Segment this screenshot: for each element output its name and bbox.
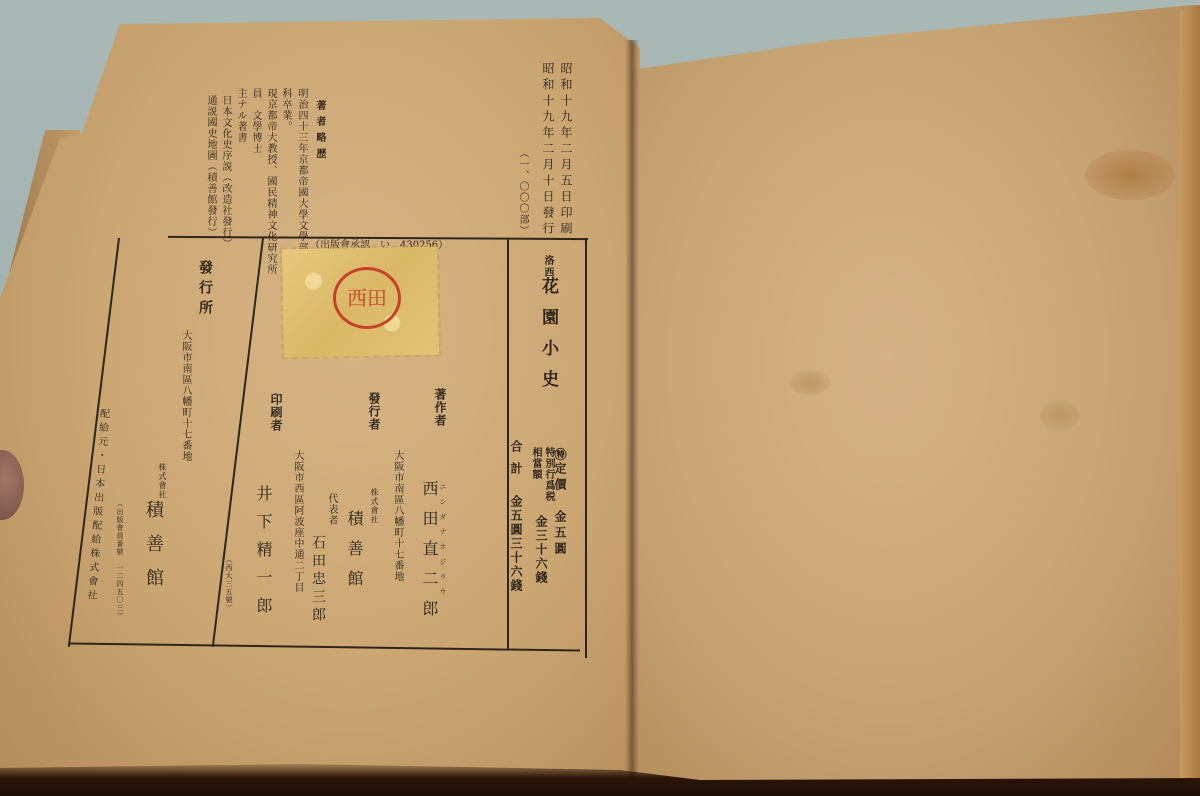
publishing-house-company-type: 株式會社 xyxy=(148,463,168,499)
publishing-house-company: 積善館 xyxy=(140,500,166,602)
author-bio-heading: 著者略歴 xyxy=(312,100,327,164)
publishing-house-address: 大阪市南區八幡町十七番地 xyxy=(178,330,193,462)
author-bio-line: 現京都帝大教授、國民精神文化研究所 xyxy=(263,88,278,275)
book-subtitle: 洛西 xyxy=(540,255,555,279)
author-bio-line: 通説國史地圖（積善館發行） xyxy=(203,95,218,238)
printer-address: 大阪市西區阿波座中通二丁目 xyxy=(290,450,305,593)
book-title: 花園小史 xyxy=(536,277,561,401)
print-date: 昭和十九年二月五日印刷 xyxy=(558,62,575,238)
publishing-house-role: 發行所 xyxy=(195,260,215,320)
special-tax-amount: 金三十六錢 xyxy=(533,515,550,585)
publish-date: 昭和十九年二月十日發行 xyxy=(540,62,557,238)
author-bio-line: 主ナル著書 xyxy=(233,88,248,143)
publisher-role: 發行者 xyxy=(366,392,383,431)
author-bio-line: 日本文化史序説（改造社發行） xyxy=(218,95,233,249)
author-bio-line: 科卒業。 xyxy=(278,88,293,132)
author-bio-line: 員 文學博士 xyxy=(248,88,263,154)
book-cover-edge xyxy=(1180,0,1200,796)
author-role: 著作者 xyxy=(432,388,449,427)
publishing-house-member-number: （出版會員番號 一二四五〇三） xyxy=(115,500,125,620)
special-tax-label-2: 相當額 xyxy=(528,447,543,480)
print-run: （一、〇〇〇部） xyxy=(515,148,530,236)
book-gutter xyxy=(625,40,639,796)
author-bio-line: 明治四十三年京都帝國大學文學部史學 xyxy=(294,88,309,275)
publisher-address: 大阪市南區八幡町十七番地 xyxy=(390,450,405,582)
printer-name: 井下精一郎 xyxy=(252,485,275,625)
representative-label: 代表者 xyxy=(324,493,339,526)
publisher-company: 積善館 xyxy=(343,510,366,600)
total-label: 合計 xyxy=(508,440,525,484)
representative-name: 石田忠三郎 xyxy=(308,535,328,625)
printer-role: 印刷者 xyxy=(268,393,285,432)
foxing-stain xyxy=(1040,400,1080,430)
printer-registration: （西大三五號） xyxy=(224,556,234,612)
author-seal-icon: 西田 xyxy=(333,267,401,329)
foxing-stain xyxy=(790,370,830,395)
total-amount: 金五圓三十六錢 xyxy=(508,495,525,593)
special-tax-label: 特別行爲税 xyxy=(541,447,556,502)
colophon-box-right xyxy=(585,238,587,658)
right-page-blank xyxy=(632,0,1200,796)
foxing-stain xyxy=(1085,150,1175,200)
author-furigana: ニシダナホジラウ xyxy=(438,483,448,603)
